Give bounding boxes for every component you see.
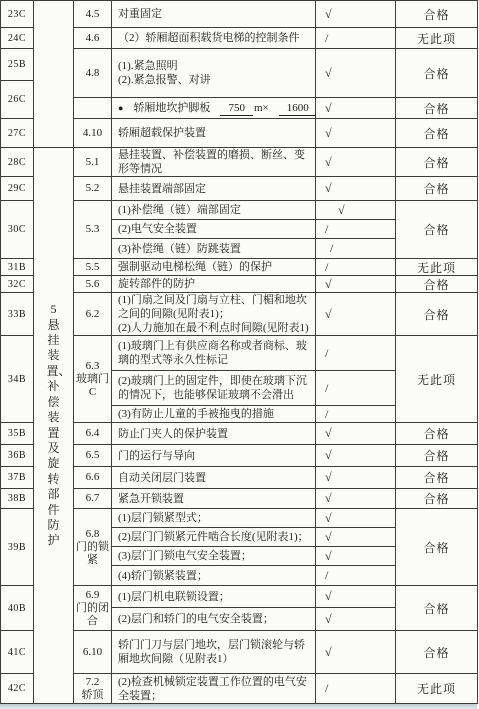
bullet-icon: ●	[118, 101, 123, 115]
check-mark: /	[316, 566, 396, 586]
item-cell: 5.2	[74, 177, 112, 201]
code-cell: 40B	[1, 586, 34, 631]
content-cell: （2）轿厢超面积载货电梯的控制条件	[112, 28, 316, 49]
check-mark: √	[316, 547, 396, 566]
result-cell: 无此项	[396, 674, 478, 704]
content-cell: 轿门门刀与层门地坎，层门锁滚轮与轿厢地坎间隙（见附表1）	[112, 631, 316, 674]
content-cell: 强制驱动电梯松绳（链）的保护	[112, 259, 316, 276]
content-cell: 悬挂装置、补偿装置的磨损、断丝、变形等情况	[112, 148, 316, 177]
inspection-table: 23C 24C 25B 26C 27C 28C 29C 30C 31B 32C …	[0, 0, 478, 704]
content-cell: (3)层门门锁电气安全装置；	[112, 547, 316, 566]
item-cell: 5.3	[74, 201, 112, 259]
content-cell: (2)电气安全装置	[112, 220, 316, 239]
result-cell: 合格	[396, 276, 478, 293]
code-cell: 39B	[1, 509, 34, 586]
content-cell: (2)玻璃门上的固定件，即使在玻璃下沉的情况下，也能够保证玻璃不会滑出	[112, 371, 316, 406]
item-cell: 7.2轿顶	[74, 674, 112, 704]
code-cell: 29C	[1, 177, 34, 201]
code-cell: 32C	[1, 276, 34, 293]
item-cell: 6.2	[74, 293, 112, 336]
category-empty-cell	[34, 1, 74, 148]
check-mark: √	[316, 1, 396, 28]
check-mark: √	[316, 293, 396, 336]
check-mark: √	[316, 586, 396, 608]
result-cell: 无此项	[396, 259, 478, 276]
result-cell: 合格	[396, 489, 478, 509]
code-cell: 24C	[1, 28, 34, 49]
result-cell: 无此项	[396, 28, 478, 49]
content-cell: (2)层门和轿门的电气安全装置；	[112, 608, 316, 631]
check-mark: √	[316, 148, 396, 177]
result-cell: 合格	[396, 586, 478, 631]
content-cell: (1)补偿绳（链）端部固定	[112, 201, 316, 220]
code-cell: 42C	[1, 674, 34, 704]
check-mark: √	[316, 276, 396, 293]
content-cell: (2)层门门锁紧元件啮合长度(见附表1)；	[112, 528, 316, 547]
content-cell: 轿厢超载保护装置	[112, 119, 316, 148]
footguard-times: m×	[254, 101, 269, 115]
item-cell: 4.5	[74, 1, 112, 28]
check-mark: √	[316, 528, 396, 547]
check-mark: √	[316, 467, 396, 489]
check-mark: √	[316, 489, 396, 509]
check-mark: √	[316, 177, 396, 201]
check-mark: /	[316, 28, 396, 49]
content-cell: (3)有防止儿童的手被拖曳的措施	[112, 406, 316, 423]
code-cell: 26C	[1, 81, 34, 119]
check-mark: /	[316, 336, 396, 371]
code-cell: 27C	[1, 119, 34, 148]
code-cell: 41C	[1, 631, 34, 674]
check-mark: /	[316, 371, 396, 406]
page-bottom-edge	[0, 704, 477, 709]
check-mark: √	[316, 509, 396, 528]
content-cell: (1)层门机电联锁设置；	[112, 586, 316, 608]
category-label: 悬挂装置、补偿装置及旋转部件防护	[47, 318, 61, 549]
content-cell: 悬挂装置端部固定	[112, 177, 316, 201]
category-cell: 5 悬挂装置、补偿装置及旋转部件防护	[34, 148, 74, 704]
code-cell: 37B	[1, 467, 34, 489]
result-cell: 合格	[396, 98, 478, 119]
check-mark: √	[316, 608, 396, 631]
item-cell: 5.6	[74, 276, 112, 293]
code-cell: 35B	[1, 423, 34, 445]
item-cell: 6.5	[74, 445, 112, 467]
content-cell: 紧急开锁装置	[112, 489, 316, 509]
content-cell: (3)补偿绳（链）防跳装置	[112, 239, 316, 259]
item-cell: 6.3玻璃门C	[74, 336, 112, 423]
result-cell: 合格	[396, 509, 478, 586]
check-mark: √	[316, 445, 396, 467]
content-cell: (1)层门锁紧型式；	[112, 509, 316, 528]
result-cell: 合格	[396, 445, 478, 467]
content-cell: (1).紧急照明 (2).紧急报警、对讲	[112, 49, 316, 98]
item-cell: 6.4	[74, 423, 112, 445]
content-cell-footguard: ● 轿厢地坎护脚板 750 m× 1600 m	[112, 98, 316, 119]
result-cell: 合格	[396, 49, 478, 98]
check-mark: √	[316, 201, 396, 220]
footguard-label: 轿厢地坎护脚板	[133, 101, 210, 115]
code-cell: 36B	[1, 445, 34, 467]
content-cell: 自动关闭层门装置	[112, 467, 316, 489]
content-cell: (4)轿门锁紧装置；	[112, 566, 316, 586]
result-cell: 合格	[396, 201, 478, 259]
result-cell: 无此项	[396, 336, 478, 423]
item-cell: 4.8	[74, 49, 112, 98]
code-cell: 25B	[1, 49, 34, 81]
code-cell: 34B	[1, 336, 34, 423]
content-cell: 旋转部件的防护	[112, 276, 316, 293]
check-mark: √	[316, 98, 396, 119]
check-mark: /	[316, 259, 396, 276]
check-mark: √	[316, 423, 396, 445]
check-mark: √	[316, 49, 396, 98]
code-cell: 38B	[1, 489, 34, 509]
result-cell: 合格	[396, 148, 478, 177]
result-cell: 合格	[396, 119, 478, 148]
check-mark: /	[316, 674, 396, 704]
content-cell: 门的运行与导向	[112, 445, 316, 467]
footguard-width-value: 750	[220, 101, 253, 116]
check-mark: /	[316, 220, 396, 239]
item-cell: 6.8门的锁紧	[74, 509, 112, 586]
code-cell: 33B	[1, 293, 34, 336]
item-cell: 6.9门的闭合	[74, 586, 112, 631]
item-cell: 6.6	[74, 467, 112, 489]
content-cell: 对重固定	[112, 1, 316, 28]
category-number: 5	[47, 302, 61, 317]
result-cell: 合格	[396, 467, 478, 489]
item-cell: 5.5	[74, 259, 112, 276]
result-cell: 合格	[396, 423, 478, 445]
check-mark: √	[316, 631, 396, 674]
code-cell: 31B	[1, 259, 34, 276]
item-cell: 5.1	[74, 148, 112, 177]
item-cell: 4.10	[74, 119, 112, 148]
result-cell: 合格	[396, 177, 478, 201]
check-mark: /	[316, 239, 396, 259]
content-cell: (2)检查机械锁定装置工作位置的电气安全装置；	[112, 674, 316, 704]
item-cell	[74, 98, 112, 119]
code-cell: 28C	[1, 148, 34, 177]
item-cell: 6.7	[74, 489, 112, 509]
result-cell: 合格	[396, 293, 478, 336]
code-cell: 23C	[1, 1, 34, 28]
footguard-height-value: 1600	[279, 101, 316, 116]
check-mark: /	[316, 406, 396, 423]
code-cell: 30C	[1, 201, 34, 259]
check-mark: √	[316, 119, 396, 148]
result-cell: 合格	[396, 1, 478, 28]
item-cell: 6.10	[74, 631, 112, 674]
content-cell: (1)玻璃门上有供应商名称或者商标、玻璃的型式等永久性标记	[112, 336, 316, 371]
content-cell: 防止门夹人的保护装置	[112, 423, 316, 445]
content-cell: (1)门扇之间及门扇与立柱、门楣和地坎之间的间隙(见附表1)； (2)人力施加在…	[112, 293, 316, 336]
result-cell: 合格	[396, 631, 478, 674]
item-cell: 4.6	[74, 28, 112, 49]
